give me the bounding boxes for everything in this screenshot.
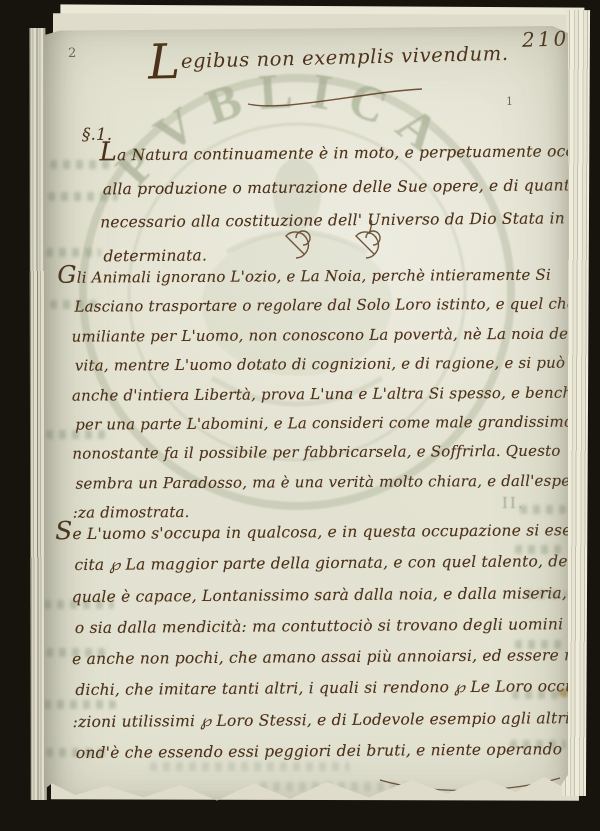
margin-number: 1 — [506, 95, 513, 108]
title-initial: L — [147, 34, 180, 91]
manuscript-line: ond'è che essendo essi peggiori dei brut… — [60, 734, 568, 770]
quire-number: 2 — [68, 46, 76, 61]
title-underline-flourish — [244, 86, 429, 110]
show-through-mark — [46, 248, 101, 257]
section-2-ghost-marker: II. — [502, 494, 525, 512]
folio-number: 210 — [522, 26, 568, 52]
manuscript-line: e anche non pochi, che amano assai più a… — [56, 640, 568, 676]
manuscript-line: Se L'uomo s'occupa in qualcosa, e in que… — [55, 511, 568, 551]
manuscript-line: sembra un Paradosso, ma è una verità mol… — [61, 466, 568, 499]
manuscript-line: o sia dalla mendicità: ma contuttociò si… — [59, 609, 568, 645]
manuscript-photo: PVBLICA 2 210 1 Legibus non exemplis viv… — [0, 0, 600, 831]
manuscript-line: quale è capace, Lontanissimo sarà dalla … — [56, 577, 568, 613]
title-text: egibus non exemplis vivendum. — [181, 42, 509, 73]
manuscript-line: Lasciano trasportare o regolare dal Solo… — [60, 290, 568, 323]
paragraph-2: Gli Animali ignorano L'ozio, e La Noia, … — [57, 257, 568, 528]
manuscript-line: Gli Animali ignorano L'ozio, e La Noia, … — [57, 257, 568, 293]
manuscript-line: nonostante fa il possibile per fabbricar… — [58, 437, 568, 470]
paragraph-3: Se L'uomo s'occupa in qualcosa, e in que… — [55, 511, 568, 770]
manuscript-line: anche d'intiera Libertà, prova L'una e L… — [58, 378, 568, 411]
manuscript-line: umiliante per L'uomo, non conoscono La p… — [58, 319, 568, 352]
manuscript-line: dichi, che imitare tanti altri, i quali … — [59, 671, 568, 707]
manuscript-line: La Natura continuamente è in moto, e per… — [99, 132, 568, 173]
manuscript-line: per una parte L'abomini, e La consideri … — [61, 407, 568, 440]
manuscript-page: PVBLICA 2 210 1 Legibus non exemplis viv… — [44, 26, 568, 802]
manuscript-line: vita, mentre L'uomo dotato di cognizioni… — [61, 349, 568, 382]
manuscript-line: cita ℘ La maggior parte della giornata, … — [58, 546, 568, 582]
manuscript-line: alla produzione o maturazione delle Sue … — [103, 168, 568, 206]
manuscript-line: :zioni utilissimi ℘ Loro Stessi, e di Lo… — [57, 703, 568, 739]
ornamental-curls — [274, 220, 424, 260]
